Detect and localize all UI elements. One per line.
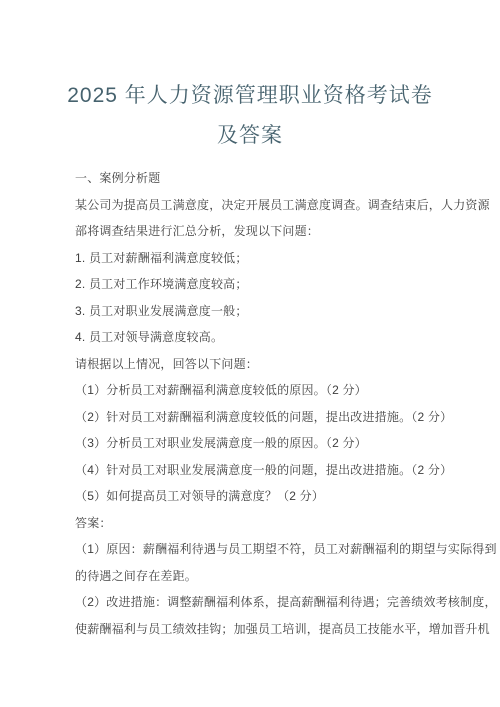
title-line-1: 2025 年人力资源管理职业资格考试卷 [0,76,500,116]
text-line: 请根据以上情况，回答以下问题： [75,351,442,378]
question-line: （4）针对员工对职业发展满意度一般的问题，提出改进措施。（2 分） [75,457,442,484]
text-line: 部将调查结果进行汇总分析，发现以下问题： [75,218,442,245]
document-page: 2025 年人力资源管理职业资格考试卷 及答案 一、案例分析题 某公司为提高员工… [0,0,500,707]
title-line-2: 及答案 [0,116,500,156]
question-line: （2）针对员工对薪酬福利满意度较低的问题，提出改进措施。（2 分） [75,404,442,431]
document-body: 一、案例分析题 某公司为提高员工满意度，决定开展员工满意度调查。调查结束后，人力… [0,156,500,642]
answer-line: （1）原因：薪酬福利待遇与员工期望不符，员工对薪酬福利的期望与实际得到 [75,536,442,563]
answer-heading: 答案： [75,510,442,537]
question-line: （1）分析员工对薪酬福利满意度较低的原因。（2 分） [75,377,442,404]
list-item: 3. 员工对职业发展满意度一般； [75,298,442,325]
text-line: 某公司为提高员工满意度，决定开展员工满意度调查。调查结束后，人力资源 [75,192,442,219]
list-item: 1. 员工对薪酬福利满意度较低； [75,245,442,272]
answer-line: 的待遇之间存在差距。 [75,563,442,590]
answer-line: 使薪酬福利与员工绩效挂钩；加强员工培训，提高员工技能水平，增加晋升机 [75,616,442,643]
list-item: 4. 员工对领导满意度较高。 [75,324,442,351]
section-heading: 一、案例分析题 [75,165,442,192]
document-title: 2025 年人力资源管理职业资格考试卷 及答案 [0,0,500,156]
list-item: 2. 员工对工作环境满意度较高； [75,271,442,298]
answer-line: （2）改进措施：调整薪酬福利体系，提高薪酬福利待遇；完善绩效考核制度， [75,589,442,616]
question-line: （5）如何提高员工对领导的满意度？（2 分） [75,483,442,510]
question-line: （3）分析员工对职业发展满意度一般的原因。（2 分） [75,430,442,457]
